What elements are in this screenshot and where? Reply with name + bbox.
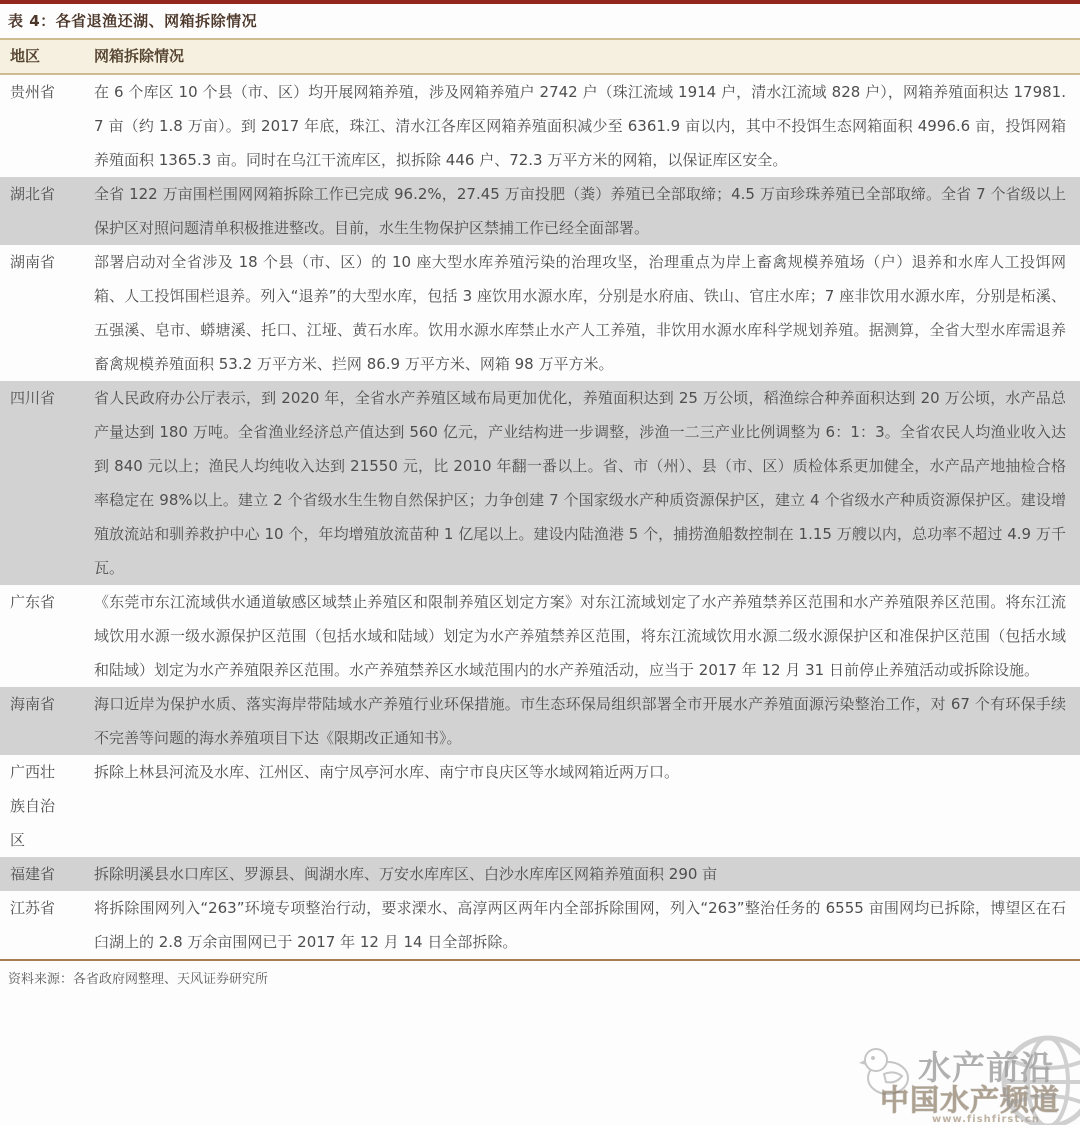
source-note: 资料来源：各省政府网整理、天风证券研究所 [0,959,1080,996]
table-row: 广西壮族自治区 拆除上林县河流及水库、江州区、南宁凤亭河水库、南宁市良庆区等水域… [0,755,1080,857]
row-region-label: 广东省 [0,585,64,687]
table-row: 海南省 海口近岸为保护水质、落实海岸带陆域水产养殖行业环保措施。市生态环保局组织… [0,687,1080,755]
table-row: 广东省 《东莞市东江流域供水通道敏感区域禁止养殖区和限制养殖区划定方案》对东江流… [0,585,1080,687]
row-status-text: 拆除上林县河流及水库、江州区、南宁凤亭河水库、南宁市良庆区等水域网箱近两万口。 [94,755,1080,857]
table-title: 表 4：各省退渔还湖、网箱拆除情况 [0,4,1080,38]
row-region-label: 湖南省 [0,245,64,381]
row-region-label: 江苏省 [0,891,64,959]
row-status-text: 部署启动对全省涉及 18 个县（市、区）的 10 座大型水库养殖污染的治理攻坚，… [94,245,1080,381]
watermark-brand-text: 水产前沿 [918,1042,1054,1089]
row-status-text: 拆除明溪县水口库区、罗源县、闽湖水库、万安水库库区、白沙水库库区网箱养殖面积 2… [94,857,1080,891]
table-header-row: 地区 网箱拆除情况 [0,38,1080,75]
table-row: 湖北省 全省 122 万亩围栏围网网箱拆除工作已完成 96.2%，27.45 万… [0,177,1080,245]
table-row: 福建省 拆除明溪县水口库区、罗源县、闽湖水库、万安水库库区、白沙水库库区网箱养殖… [0,857,1080,891]
row-region-label: 四川省 [0,381,64,585]
table-row: 四川省 省人民政府办公厅表示，到 2020 年，全省水产养殖区域布局更加优化，养… [0,381,1080,585]
row-region-label: 福建省 [0,857,64,891]
row-status-text: 将拆除围网列入“263”环境专项整治行动，要求溧水、高淳两区两年内全部拆除围网，… [94,891,1080,959]
header-cell-status: 网箱拆除情况 [94,40,1080,73]
row-status-text: 省人民政府办公厅表示，到 2020 年，全省水产养殖区域布局更加优化，养殖面积达… [94,381,1080,585]
row-region-label: 海南省 [0,687,64,755]
row-status-text: 《东莞市东江流域供水通道敏感区域禁止养殖区和限制养殖区划定方案》对东江流域划定了… [94,585,1080,687]
table-body: 贵州省 在 6 个库区 10 个县（市、区）均开展网箱养殖，涉及网箱养殖户 27… [0,75,1080,959]
report-table-page: 表 4：各省退渔还湖、网箱拆除情况 地区 网箱拆除情况 贵州省 在 6 个库区 … [0,0,1080,1125]
row-region-label: 湖北省 [0,177,64,245]
watermark-channel-text: 中国水产频道 [880,1078,1060,1119]
table-row: 贵州省 在 6 个库区 10 个县（市、区）均开展网箱养殖，涉及网箱养殖户 27… [0,75,1080,177]
table-row: 湖南省 部署启动对全省涉及 18 个县（市、区）的 10 座大型水库养殖污染的治… [0,245,1080,381]
row-status-text: 全省 122 万亩围栏围网网箱拆除工作已完成 96.2%，27.45 万亩投肥（… [94,177,1080,245]
bird-logo-icon [858,1044,914,1096]
row-region-label: 贵州省 [0,75,64,177]
row-status-text: 在 6 个库区 10 个县（市、区）均开展网箱养殖，涉及网箱养殖户 2742 户… [94,75,1080,177]
watermark-url-text: www.fishfirst.cn [932,1114,1040,1125]
globe-icon [998,1032,1080,1125]
row-region-label: 广西壮族自治区 [0,755,64,857]
table-row: 江苏省 将拆除围网列入“263”环境专项整治行动，要求溧水、高淳两区两年内全部拆… [0,891,1080,959]
header-cell-region: 地区 [0,40,64,73]
watermark: 水产前沿 中国水产频道 www.fishfirst.cn [840,1030,1080,1125]
row-status-text: 海口近岸为保护水质、落实海岸带陆域水产养殖行业环保措施。市生态环保局组织部署全市… [94,687,1080,755]
